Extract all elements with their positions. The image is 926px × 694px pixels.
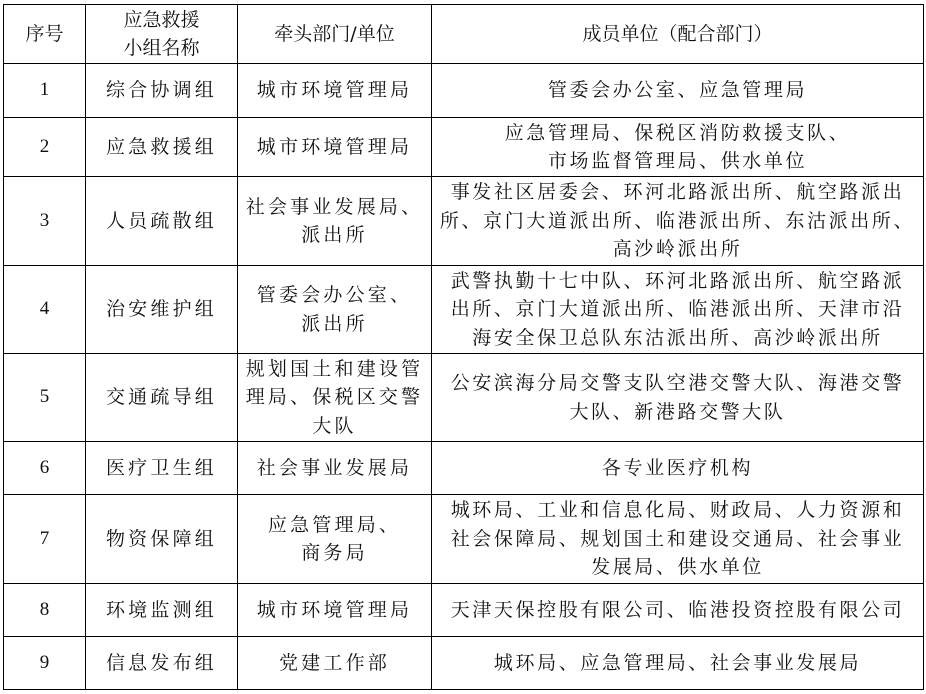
member-units-line: 大队、新港路交警大队	[436, 398, 919, 427]
group-name: 应急救援组	[86, 118, 238, 177]
lead-department: 城市环境管理局	[238, 118, 432, 177]
table-row: 7物资保障组应急管理局、商务局城环局、工业和信息化局、财政局、人力资源和社会保障…	[4, 495, 924, 584]
member-units: 城环局、应急管理局、社会事业发展局	[432, 637, 924, 690]
row-index: 1	[4, 64, 86, 118]
row-index: 4	[4, 266, 86, 354]
lead-department: 城市环境管理局	[238, 584, 432, 637]
group-name: 医疗卫生组	[86, 442, 238, 495]
lead-department: 应急管理局、商务局	[238, 495, 432, 584]
member-units-line: 城环局、应急管理局、社会事业发展局	[436, 649, 919, 678]
lead-department-line: 社会事业发展局	[242, 454, 427, 483]
header-member-units: 成员单位（配合部门）	[432, 5, 924, 64]
member-units: 应急管理局、保税区消防救援支队、市场监督管理局、供水单位	[432, 118, 924, 177]
table-row: 1综合协调组城市环境管理局管委会办公室、应急管理局	[4, 64, 924, 118]
lead-department: 社会事业发展局、派出所	[238, 177, 432, 266]
lead-department-line: 派出所	[242, 310, 427, 339]
table-row: 2应急救援组城市环境管理局应急管理局、保税区消防救援支队、市场监督管理局、供水单…	[4, 118, 924, 177]
table-row: 8环境监测组城市环境管理局天津天保控股有限公司、临港投资控股有限公司	[4, 584, 924, 637]
member-units-line: 高沙岭派出所	[436, 235, 919, 264]
row-index: 7	[4, 495, 86, 584]
row-index: 2	[4, 118, 86, 177]
table-row: 5交通疏导组规划国土和建设管理局、保税区交警大队公安滨海分局交警支队空港交警大队…	[4, 354, 924, 442]
lead-department-line: 城市环境管理局	[242, 133, 427, 162]
table-header-row: 序号 应急救援 小组名称 牵头部门/单位 成员单位（配合部门）	[4, 5, 924, 64]
lead-department-line: 派出所	[242, 221, 427, 250]
lead-department: 党建工作部	[238, 637, 432, 690]
member-units: 事发社区居委会、环河北路派出所、航空路派出所、京门大道派出所、临港派出所、东沽派…	[432, 177, 924, 266]
lead-department-line: 理局、保税区交警	[242, 383, 427, 412]
group-name: 综合协调组	[86, 64, 238, 118]
group-name: 交通疏导组	[86, 354, 238, 442]
lead-department-line: 城市环境管理局	[242, 596, 427, 625]
header-index: 序号	[4, 5, 86, 64]
member-units-line: 武警执勤十七中队、环河北路派出所、航空路派	[436, 267, 919, 296]
lead-department-line: 商务局	[242, 539, 427, 568]
member-units-line: 海安全保卫总队东沽派出所、高沙岭派出所	[436, 324, 919, 353]
group-name: 人员疏散组	[86, 177, 238, 266]
table-row: 3人员疏散组社会事业发展局、派出所事发社区居委会、环河北路派出所、航空路派出所、…	[4, 177, 924, 266]
row-index: 5	[4, 354, 86, 442]
member-units-line: 出所、京门大道派出所、临港派出所、天津市沿	[436, 295, 919, 324]
lead-department-line: 大队	[242, 412, 427, 441]
lead-department-line: 党建工作部	[242, 649, 427, 678]
member-units-line: 市场监督管理局、供水单位	[436, 147, 919, 176]
lead-department: 社会事业发展局	[238, 442, 432, 495]
member-units-line: 事发社区居委会、环河北路派出所、航空路派出	[436, 178, 919, 207]
member-units-line: 公安滨海分局交警支队空港交警大队、海港交警	[436, 369, 919, 398]
member-units: 天津天保控股有限公司、临港投资控股有限公司	[432, 584, 924, 637]
member-units: 城环局、工业和信息化局、财政局、人力资源和社会保障局、规划国土和建设交通局、社会…	[432, 495, 924, 584]
group-name: 治安维护组	[86, 266, 238, 354]
lead-department-line: 社会事业发展局、	[242, 193, 427, 222]
group-name: 信息发布组	[86, 637, 238, 690]
lead-department: 管委会办公室、派出所	[238, 266, 432, 354]
member-units-line: 发展局、供水单位	[436, 553, 919, 582]
member-units: 各专业医疗机构	[432, 442, 924, 495]
lead-department-line: 规划国土和建设管	[242, 355, 427, 384]
table-row: 4治安维护组管委会办公室、派出所武警执勤十七中队、环河北路派出所、航空路派出所、…	[4, 266, 924, 354]
lead-department-line: 管委会办公室、	[242, 281, 427, 310]
member-units-line: 管委会办公室、应急管理局	[436, 76, 919, 105]
member-units-line: 天津天保控股有限公司、临港投资控股有限公司	[436, 596, 919, 625]
lead-department-line: 城市环境管理局	[242, 76, 427, 105]
lead-department: 城市环境管理局	[238, 64, 432, 118]
header-group-name-line2: 小组名称	[90, 34, 233, 62]
member-units: 公安滨海分局交警支队空港交警大队、海港交警大队、新港路交警大队	[432, 354, 924, 442]
member-units-line: 社会保障局、规划国土和建设交通局、社会事业	[436, 525, 919, 554]
emergency-rescue-groups-table: 序号 应急救援 小组名称 牵头部门/单位 成员单位（配合部门） 1综合协调组城市…	[3, 4, 924, 690]
row-index: 6	[4, 442, 86, 495]
lead-department-line: 应急管理局、	[242, 511, 427, 540]
header-group-name: 应急救援 小组名称	[86, 5, 238, 64]
member-units-line: 应急管理局、保税区消防救援支队、	[436, 119, 919, 148]
member-units: 武警执勤十七中队、环河北路派出所、航空路派出所、京门大道派出所、临港派出所、天津…	[432, 266, 924, 354]
member-units: 管委会办公室、应急管理局	[432, 64, 924, 118]
row-index: 9	[4, 637, 86, 690]
table-row: 6医疗卫生组社会事业发展局各专业医疗机构	[4, 442, 924, 495]
member-units-line: 所、京门大道派出所、临港派出所、东沽派出所、	[436, 207, 919, 236]
lead-department: 规划国土和建设管理局、保税区交警大队	[238, 354, 432, 442]
row-index: 8	[4, 584, 86, 637]
member-units-line: 各专业医疗机构	[436, 454, 919, 483]
member-units-line: 城环局、工业和信息化局、财政局、人力资源和	[436, 496, 919, 525]
group-name: 物资保障组	[86, 495, 238, 584]
row-index: 3	[4, 177, 86, 266]
header-lead-department: 牵头部门/单位	[238, 5, 432, 64]
table-row: 9信息发布组党建工作部城环局、应急管理局、社会事业发展局	[4, 637, 924, 690]
group-name: 环境监测组	[86, 584, 238, 637]
header-group-name-line1: 应急救援	[90, 6, 233, 34]
